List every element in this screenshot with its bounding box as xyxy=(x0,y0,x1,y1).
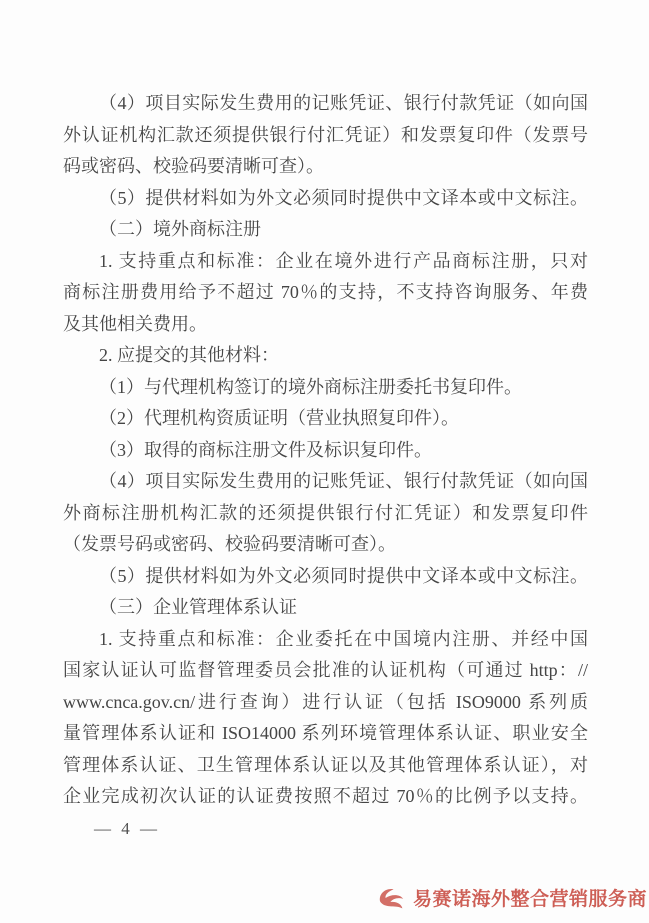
doc-line: （发票号码或密码、校验码要清晰可查）。 xyxy=(63,529,588,561)
doc-line: （5）提供材料如为外文必须同时提供中文译本或中文标注。 xyxy=(63,183,588,215)
doc-line: （3）取得的商标注册文件及标识复印件。 xyxy=(63,435,588,467)
doc-line: （2）代理机构资质证明（营业执照复印件）。 xyxy=(63,403,588,435)
doc-line: www.cnca.gov.cn/进行查询）进行认证（包括 ISO9000 系列质 xyxy=(63,687,588,719)
doc-line: （4）项目实际发生费用的记账凭证、银行付款凭证（如向国 xyxy=(63,466,588,498)
swirl-logo-icon xyxy=(376,885,408,911)
doc-line: （4）项目实际发生费用的记账凭证、银行付款凭证（如向国 xyxy=(63,88,588,120)
footer-logo: 易赛诺海外整合营销服务商 xyxy=(376,884,647,911)
document-page: （4）项目实际发生费用的记账凭证、银行付款凭证（如向国 外认证机构汇款还须提供银… xyxy=(0,0,649,923)
document-body: （4）项目实际发生费用的记账凭证、银行付款凭证（如向国 外认证机构汇款还须提供银… xyxy=(63,88,588,813)
doc-line: （1）与代理机构签订的境外商标注册委托书复印件。 xyxy=(63,372,588,404)
doc-line: 外认证机构汇款还须提供银行付汇凭证）和发票复印件（发票号 xyxy=(63,120,588,152)
page-number: — 4 — xyxy=(94,818,160,840)
doc-line: 外商标注册机构汇款的还须提供银行付汇凭证）和发票复印件 xyxy=(63,498,588,530)
doc-line: 量管理体系认证和 ISO14000 系列环境管理体系认证、职业安全 xyxy=(63,718,588,750)
doc-section-heading: （二）境外商标注册 xyxy=(63,214,588,246)
doc-line: 码或密码、校验码要清晰可查）。 xyxy=(63,151,588,183)
doc-line: 管理体系认证、卫生管理体系认证以及其他管理体系认证），对 xyxy=(63,750,588,782)
doc-section-heading: （三）企业管理体系认证 xyxy=(63,592,588,624)
doc-line: 2. 应提交的其他材料： xyxy=(63,340,588,372)
doc-line: 1. 支持重点和标准：企业在境外进行产品商标注册，只对 xyxy=(63,246,588,278)
doc-line: （5）提供材料如为外文必须同时提供中文译本或中文标注。 xyxy=(63,561,588,593)
doc-line: 国家认证认可监督管理委员会批准的认证机构（可通过 http：// xyxy=(63,655,588,687)
doc-line: 及其他相关费用。 xyxy=(63,309,588,341)
doc-line: 商标注册费用给予不超过 70％的支持，不支持咨询服务、年费 xyxy=(63,277,588,309)
doc-line: 1. 支持重点和标准：企业委托在中国境内注册、并经中国 xyxy=(63,624,588,656)
doc-line: 企业完成初次认证的认证费按照不超过 70％的比例予以支持。 xyxy=(63,781,588,813)
footer-logo-text: 易赛诺海外整合营销服务商 xyxy=(413,884,647,911)
